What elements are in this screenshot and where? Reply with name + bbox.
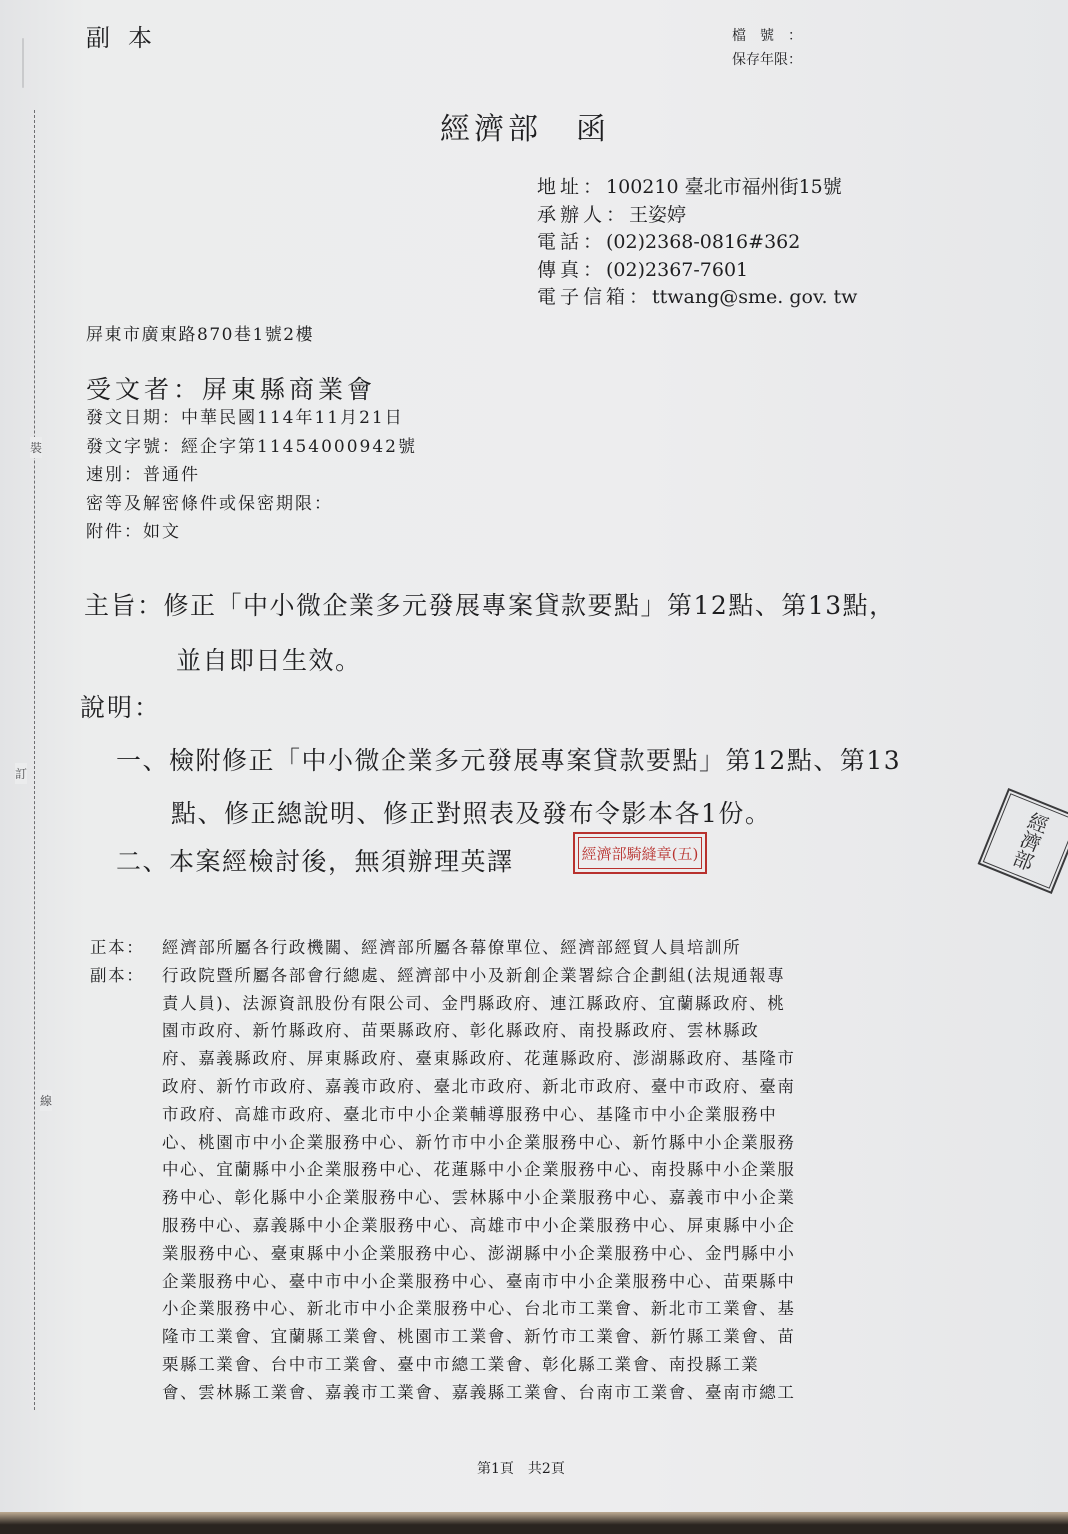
phone-value: (02)2368-0816#362 — [606, 229, 800, 257]
copy-label: 副本： — [90, 962, 162, 990]
recipient-value: 屏東縣商業會 — [202, 375, 376, 404]
document-page: 裝 訂 線 副本 檔號： 保存年限： 經濟部函 地址：100210 臺北市福州街… — [0, 0, 1068, 1512]
item-marker: 一、 — [116, 746, 169, 775]
staple-mark — [22, 38, 24, 88]
agency-name: 經濟部 — [440, 112, 542, 147]
recipient-address: 屏東市廣東路870巷1號2樓 — [86, 320, 314, 345]
document-title: 經濟部函 — [440, 104, 610, 148]
address-row: 地址：100210 臺北市福州街15號 — [537, 174, 857, 202]
doc-number-row: 發文字號：經企字第11454000942號 — [86, 433, 417, 462]
issue-date-value: 中華民國114年11月21日 — [181, 404, 404, 433]
page-total: 共2頁 — [528, 1461, 565, 1477]
fax-row: 傳真：(02)2367-7601 — [537, 257, 857, 285]
email-value: ttwang@sme. gov. tw — [652, 284, 857, 312]
original-label: 正本： — [90, 934, 162, 962]
explanation-item-2: 二、本案經檢討後，無須辦理英譯 — [116, 842, 514, 878]
handler-value: 王姿婷 — [629, 202, 686, 230]
file-meta: 檔號： 保存年限： — [732, 24, 816, 72]
subject-line-1: 修正「中小微企業多元發展專案貸款要點」第12點、第13點， — [164, 591, 896, 620]
binding-mark-ding: 訂 — [15, 763, 27, 784]
issue-date-row: 發文日期：中華民國114年11月21日 — [86, 404, 417, 433]
item-marker: 二、 — [116, 847, 169, 876]
explanation-label: 說明： — [80, 688, 161, 724]
document-meta: 發文日期：中華民國114年11月21日 發文字號：經企字第11454000942… — [86, 404, 417, 547]
subject-section: 主旨：修正「中小微企業多元發展專案貸款要點」第12點、第13點， 並自即日生效。 — [84, 578, 896, 688]
handler-row: 承辦人：王姿婷 — [537, 202, 857, 230]
explanation-item-1: 一、檢附修正「中小微企業多元發展專案貸款要點」第12點、第13 點、修正總說明、… — [116, 734, 901, 840]
doc-number-value: 經企字第11454000942號 — [181, 433, 417, 462]
attachment-row: 附件：如文 — [86, 518, 417, 547]
address-value: 100210 臺北市福州街15號 — [606, 174, 842, 202]
fax-value: (02)2367-7601 — [606, 257, 748, 285]
ministry-seal-stamp: 經濟部 — [978, 788, 1068, 894]
binding-mark-zhuang: 裝 — [30, 437, 42, 458]
recipient: 受文者：屏東縣商業會 — [86, 370, 376, 406]
copy-recipients: 副本： 行政院暨所屬各部會行總處、經濟部中小及新創企業署綜合企劃組(法規通報專 — [90, 962, 796, 990]
document-type: 函 — [576, 112, 610, 147]
page-current: 第1頁 — [477, 1461, 514, 1477]
phone-row: 電話：(02)2368-0816#362 — [537, 229, 857, 257]
secrecy-row: 密等及解密條件或保密期限： — [86, 490, 417, 519]
copy-mark: 副本 — [86, 18, 170, 53]
retention-label: 保存年限： — [732, 48, 802, 72]
recipient-label: 受文者： — [86, 375, 202, 404]
red-seal-stamp: 經濟部騎縫章(五) — [573, 832, 707, 874]
email-row: 電子信箱：ttwang@sme. gov. tw — [537, 284, 857, 312]
speed-value: 普通件 — [143, 461, 200, 490]
binding-mark-xian: 線 — [40, 1090, 52, 1111]
subject-label: 主旨： — [84, 591, 164, 620]
page-footer: 第1頁共2頁 — [477, 1458, 565, 1478]
copy-recipients-continued: 責人員)、法源資訊股份有限公司、金門縣政府、連江縣政府、宜蘭縣政府、桃 園市政府… — [90, 990, 796, 1407]
distribution-list: 正本： 經濟部所屬各行政機關、經濟部所屬各幕僚單位、經濟部經貿人員培訓所 副本：… — [90, 934, 796, 1407]
original-text: 經濟部所屬各行政機關、經濟部所屬各幕僚單位、經濟部經貿人員培訓所 — [162, 934, 741, 962]
speed-row: 速別：普通件 — [86, 461, 417, 490]
attachment-value: 如文 — [143, 518, 181, 547]
original-recipients: 正本： 經濟部所屬各行政機關、經濟部所屬各幕僚單位、經濟部經貿人員培訓所 — [90, 934, 796, 962]
binding-dashed-line — [34, 110, 35, 1410]
contact-block: 地址：100210 臺北市福州街15號 承辦人：王姿婷 電話：(02)2368-… — [537, 174, 857, 312]
file-number-label: 檔號： — [732, 24, 816, 48]
subject-line-2: 並自即日生效。 — [84, 633, 896, 688]
